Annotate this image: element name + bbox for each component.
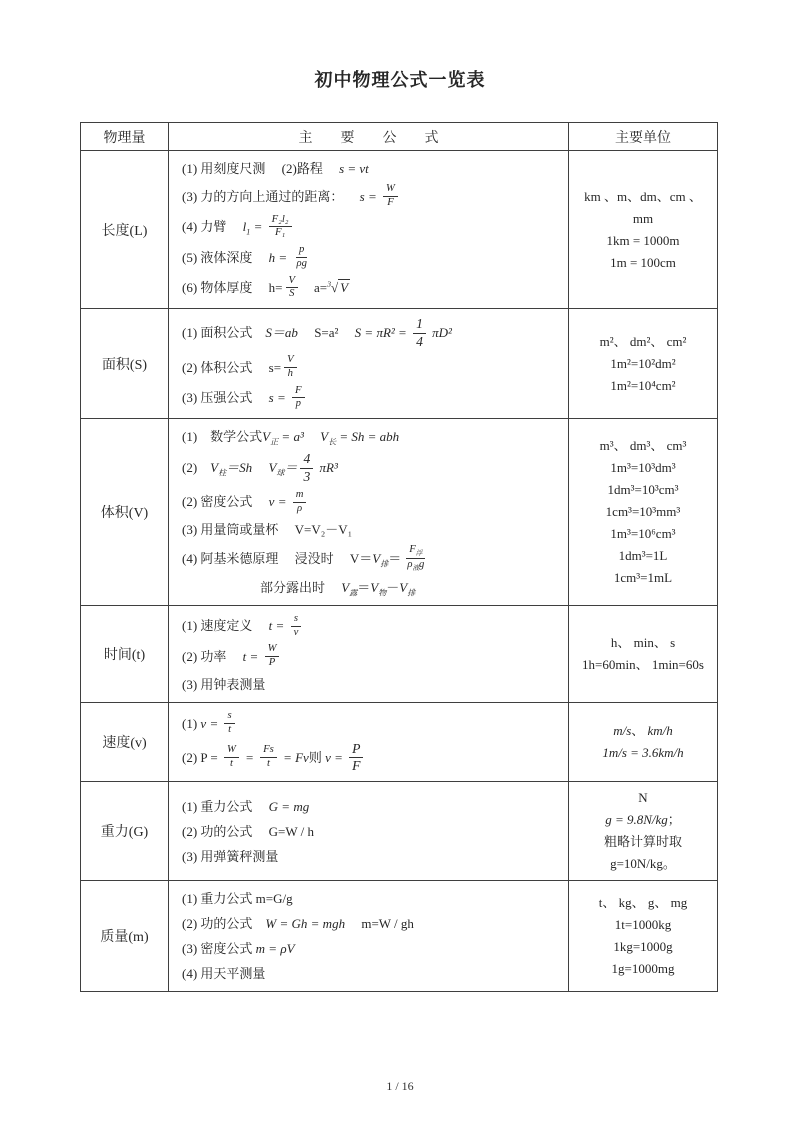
fraction-denominator: S — [286, 288, 297, 301]
text-run: 1g=1000mg — [612, 961, 675, 976]
text-run: F — [387, 197, 394, 208]
text-run: (3) 用量筒或量杯 V=V₂－V₁ — [182, 520, 352, 540]
quantity-cell: 质量(m) — [81, 881, 169, 992]
text-run: p — [296, 398, 301, 409]
math-text: h = — [269, 248, 291, 268]
unit-line: 1dm³=1L — [572, 545, 714, 567]
fraction: mρ — [293, 489, 307, 516]
fraction: Wt — [224, 744, 239, 771]
text-run: 3 — [303, 469, 310, 484]
text-run: 1 — [416, 316, 423, 331]
text-run: 1cm³=1mL — [614, 570, 672, 585]
text-run: S=a² — [298, 323, 355, 343]
text-run: 1m³=10⁶cm³ — [610, 526, 675, 541]
page-number: 1 / 16 — [0, 1079, 800, 1094]
subscripted-symbol: V长 — [320, 427, 336, 447]
formula-line: (3) 用弹簧秤测量 — [182, 844, 562, 869]
fraction-denominator: 3 — [300, 469, 313, 485]
text-run: g=10N/kg。 — [610, 856, 676, 871]
unit-line: 1kg=1000g — [572, 936, 714, 958]
formula-line: (2) 密度公式 v = mρ — [182, 487, 562, 518]
math-text: πD² — [429, 323, 452, 343]
text-run: (3) 用钟表测量 — [182, 675, 265, 695]
unit-line: 1m³=10⁶cm³ — [572, 523, 714, 545]
math-text: πR³ — [316, 458, 338, 478]
unit-line: 1cm³=1mL — [572, 567, 714, 589]
text-run: (1) 用刻度尺测 (2)路程 — [182, 159, 339, 179]
quantity-cell: 长度(L) — [81, 151, 169, 309]
unit-line: g=10N/kg。 — [572, 853, 714, 875]
text-run — [304, 427, 320, 447]
formula-line: (3) 用量筒或量杯 V=V₂－V₁ — [182, 517, 562, 542]
text-run: (4) 阿基米德原理 浸没时 V＝ — [182, 549, 372, 569]
fraction-numerator: F₂l₂ — [269, 214, 292, 228]
text-run: (2) — [182, 458, 210, 478]
text-run: 粗略计算时取 — [604, 834, 682, 849]
page-title: 初中物理公式一览表 — [0, 66, 800, 92]
text-run: 4 — [416, 334, 423, 349]
subscripted-symbol: V球 — [268, 458, 284, 478]
text-run: h、 min、 s — [611, 635, 675, 650]
text-run: t — [228, 724, 231, 735]
formulas-cell: (1) 重力公式 m=G/g(2) 功的公式 W = Gh = mgh m=W … — [169, 881, 569, 992]
fraction: WP — [265, 643, 280, 670]
math-text: = — [242, 748, 257, 768]
unit-line: 1cm³=10³mm³ — [572, 501, 714, 523]
fraction: PF — [349, 741, 363, 775]
formula-line: (1) 重力公式 m=G/g — [182, 886, 562, 911]
text-run: 1cm³=10³mm³ — [606, 504, 681, 519]
text-run: N — [638, 790, 647, 805]
fraction-denominator: t — [227, 758, 236, 771]
text-run: － — [386, 578, 399, 598]
text-run: (2) P = — [182, 748, 221, 768]
unit-line: m³、 dm³、 cm³ — [572, 435, 714, 457]
subscript: 浮 — [416, 551, 423, 558]
text-run: 1km = 1000m — [606, 233, 679, 248]
subscripted-symbol: F浮 — [409, 544, 422, 555]
subscripted-symbol: V露 — [341, 578, 357, 598]
text-run: s — [227, 710, 231, 721]
math-text: s = — [269, 388, 289, 408]
math-text: S = πR² = — [355, 323, 410, 343]
text-run: (6) 物体厚度 h= — [182, 278, 283, 298]
unit-line: 1m/s = 3.6km/h — [572, 742, 714, 764]
table-row: 面积(S)(1) 面积公式 S＝ab S=a² S = πR² = 14 πD²… — [81, 309, 718, 419]
text-run: ρg — [296, 258, 306, 269]
formula-line: (5) 液体深度 h = pρg — [182, 242, 562, 273]
text-run: s — [294, 613, 298, 624]
unit-line: 1m³=10³dm³ — [572, 457, 714, 479]
table-row: 体积(V)(1) 数学公式V正 = a³ V长 = Sh = abh(2) V柱… — [81, 419, 718, 606]
formulas-cell: (1) 用刻度尺测 (2)路程 s = vt(3) 力的方向上通过的距离： s … — [169, 151, 569, 309]
fraction-numerator: Fs — [260, 744, 277, 758]
text-run: a= — [301, 278, 327, 298]
units-cell: m³、 dm³、 cm³1m³=10³dm³1dm³=10³cm³1cm³=10… — [569, 419, 718, 606]
quantity-cell: 时间(t) — [81, 605, 169, 702]
text-run: 1dm³=10³cm³ — [607, 482, 678, 497]
quantity-cell: 面积(S) — [81, 309, 169, 419]
text-run: W — [386, 183, 395, 194]
units-cell: m/s、 km/h1m/s = 3.6km/h — [569, 703, 718, 782]
document-page: 初中物理公式一览表 物理量 主 要 公 式 主要单位 长度(L)(1) 用刻度尺… — [0, 0, 800, 1131]
table-body: 长度(L)(1) 用刻度尺测 (2)路程 s = vt(3) 力的方向上通过的距… — [81, 151, 718, 992]
fraction: Fst — [260, 744, 277, 771]
text-run: m³、 dm³、 cm³ — [600, 438, 687, 453]
subscript: 正 — [270, 437, 278, 446]
formula-line: (4) 阿基米德原理 浸没时 V＝V排＝F浮ρ液g — [182, 542, 562, 574]
text-run: 1kg=1000g — [613, 939, 672, 954]
text-run: F — [295, 385, 302, 396]
text-run: 部分露出时 — [182, 578, 341, 598]
formula-line: (4) 力臂 l1 = F₂l₂F₁ — [182, 212, 562, 243]
text-run: P — [269, 657, 276, 668]
text-run: (2) 功率 — [182, 647, 243, 667]
math-text: s = vt — [339, 159, 369, 179]
text-run: P — [352, 741, 360, 756]
table-row: 质量(m)(1) 重力公式 m=G/g(2) 功的公式 W = Gh = mgh… — [81, 881, 718, 992]
subscript: 排 — [407, 588, 415, 597]
fraction-denominator: t — [225, 724, 234, 737]
unit-line: 1h=60min、 1min=60s — [572, 654, 714, 676]
text-run: (1) 重力公式 — [182, 797, 269, 817]
fraction-denominator: ρ — [294, 503, 305, 516]
fraction: F浮ρ液g — [404, 544, 427, 572]
text-run: m²、 dm²、 cm² — [600, 334, 687, 349]
text-run: (1) 速度定义 — [182, 616, 269, 636]
text-run: (3) 压强公式 — [182, 388, 269, 408]
text-run: g — [419, 559, 424, 570]
unit-line: 粗略计算时取 — [572, 831, 714, 853]
text-run: 、 — [631, 723, 647, 738]
text-run: (1) 面积公式 — [182, 323, 265, 343]
units-cell: h、 min、 s1h=60min、 1min=60s — [569, 605, 718, 702]
text-run: 1dm³=1L — [619, 548, 668, 563]
fraction-denominator: v — [291, 627, 302, 640]
units-cell: t、 kg、 g、 mg1t=1000kg1kg=1000g1g=1000mg — [569, 881, 718, 992]
math-text: km/h — [648, 723, 673, 738]
fraction-numerator: P — [349, 741, 363, 758]
fraction: Vh — [284, 354, 297, 381]
text-run: (2) 密度公式 — [182, 492, 269, 512]
math-text: g = 9.8N/kg — [605, 812, 668, 827]
fraction-numerator: F浮 — [406, 544, 425, 559]
subscripted-symbol: V柱 — [210, 458, 226, 478]
radical: 3√V — [327, 278, 350, 298]
text-run: km 、m、dm、cm 、 — [584, 189, 702, 204]
table-row: 长度(L)(1) 用刻度尺测 (2)路程 s = vt(3) 力的方向上通过的距… — [81, 151, 718, 309]
unit-line: km 、m、dm、cm 、 — [572, 186, 714, 208]
fraction-denominator: P — [266, 657, 279, 670]
math-text: = Sh = abh — [336, 427, 399, 447]
text-run: (1) 数学公式 — [182, 427, 262, 447]
math-text: W = Gh = mgh — [265, 914, 345, 934]
fraction-denominator: t — [264, 758, 273, 771]
text-run: m=W / gh — [345, 914, 414, 934]
fraction: VS — [286, 275, 299, 302]
fraction-numerator: W — [383, 183, 398, 197]
formula-line: (1) 重力公式 G = mg — [182, 794, 562, 819]
text-run: W — [268, 643, 277, 654]
radicand: V — [338, 279, 350, 295]
subscript: 排 — [380, 559, 388, 568]
unit-line: 1g=1000mg — [572, 958, 714, 980]
unit-line: mm — [572, 208, 714, 230]
formulas-cell: (1) 速度定义 t = sv(2) 功率 t = WP(3) 用钟表测量 — [169, 605, 569, 702]
subscript: 物 — [378, 588, 386, 597]
formula-line: 部分露出时 V露＝V物－V排 — [182, 575, 562, 600]
fraction-denominator: F₁ — [272, 227, 288, 240]
fraction-numerator: W — [265, 643, 280, 657]
text-run: S — [289, 288, 294, 299]
text-run: (3) 密度公式 — [182, 939, 256, 959]
subscripted-symbol: ρ液 — [407, 559, 419, 570]
math-text: S＝ab — [265, 323, 298, 343]
text-run: W — [227, 744, 236, 755]
fraction: st — [224, 710, 234, 737]
math-text: m = ρV — [256, 939, 295, 959]
unit-line: 1dm³=10³cm³ — [572, 479, 714, 501]
unit-line: 1km = 1000m — [572, 230, 714, 252]
text-run: ； — [668, 812, 681, 827]
text-run: ＝ — [357, 578, 370, 598]
text-run: ＝ — [388, 549, 401, 569]
math-text: 1m/s = 3.6km/h — [602, 745, 683, 760]
table-row: 重力(G)(1) 重力公式 G = mg(2) 功的公式 G=W / h(3) … — [81, 782, 718, 881]
formula-line: (2) 功的公式 G=W / h — [182, 819, 562, 844]
fraction-denominator: 4 — [413, 334, 426, 350]
formula-line: (2) P = Wt = Fst = Fv则 v = PF — [182, 739, 562, 777]
fraction: WF — [383, 183, 398, 210]
unit-line: t、 kg、 g、 mg — [572, 892, 714, 914]
formula-line: (3) 密度公式 m = ρV — [182, 936, 562, 961]
text-run: 1m³=10³dm³ — [610, 460, 675, 475]
fraction: Fp — [292, 385, 305, 412]
text-run — [252, 458, 268, 478]
subscript: 球 — [276, 469, 284, 478]
math-text: m/s — [613, 723, 631, 738]
unit-line: m/s、 km/h — [572, 720, 714, 742]
math-text: s = — [360, 187, 380, 207]
fraction-denominator: h — [285, 368, 296, 381]
units-cell: m²、 dm²、 cm²1m²=10²dm²1m²=10⁴cm² — [569, 309, 718, 419]
table-header-row: 物理量 主 要 公 式 主要单位 — [81, 123, 718, 151]
fraction: 14 — [413, 316, 426, 350]
text-run: (3) 用弹簧秤测量 — [182, 847, 278, 867]
formula-line: (2) V柱＝Sh V球＝43 πR³ — [182, 449, 562, 487]
text-run: (2) 功的公式 — [182, 914, 265, 934]
header-quantity: 物理量 — [81, 123, 169, 151]
unit-line: h、 min、 s — [572, 632, 714, 654]
text-run: F₂l₂ — [272, 214, 289, 225]
subscript: 长 — [328, 437, 336, 446]
fraction: 43 — [300, 451, 313, 485]
quantity-cell: 速度(v) — [81, 703, 169, 782]
fraction: sv — [291, 613, 302, 640]
text-run: (4) 力臂 — [182, 217, 243, 237]
subscripted-symbol: V正 — [262, 427, 278, 447]
fraction-numerator: 1 — [413, 316, 426, 333]
table-row: 速度(v)(1) v = st(2) P = Wt = Fst = Fv则 v … — [81, 703, 718, 782]
fraction: F₂l₂F₁ — [269, 214, 292, 241]
subscripted-symbol: V物 — [370, 578, 386, 598]
formula-line: (2) 功率 t = WP — [182, 641, 562, 672]
math-text: ＝ — [284, 458, 297, 478]
units-cell: Ng = 9.8N/kg；粗略计算时取g=10N/kg。 — [569, 782, 718, 881]
fraction-numerator: p — [296, 244, 307, 258]
text-run: V — [289, 275, 296, 286]
text-run: ρ — [297, 503, 302, 514]
fraction-denominator: ρ液g — [404, 559, 427, 573]
math-text: = — [250, 217, 265, 237]
header-formulas: 主 要 公 式 — [169, 123, 569, 151]
subscript: 露 — [349, 588, 357, 597]
text-run: (1) 重力公式 m=G/g — [182, 889, 293, 909]
subscripted-symbol: V排 — [372, 549, 388, 569]
text-run: 1m²=10⁴cm² — [610, 378, 675, 393]
table-row: 时间(t)(1) 速度定义 t = sv(2) 功率 t = WP(3) 用钟表… — [81, 605, 718, 702]
fraction-numerator: V — [284, 354, 297, 368]
physics-formula-table: 物理量 主 要 公 式 主要单位 长度(L)(1) 用刻度尺测 (2)路程 s … — [80, 122, 718, 992]
text-run: 1h=60min、 1min=60s — [582, 657, 704, 672]
formulas-cell: (1) 数学公式V正 = a³ V长 = Sh = abh(2) V柱＝Sh V… — [169, 419, 569, 606]
text-run: (2) 体积公式 s= — [182, 358, 281, 378]
fraction-numerator: 4 — [300, 451, 313, 468]
formula-line: (3) 用钟表测量 — [182, 672, 562, 697]
text-run: 1m²=10²dm² — [610, 356, 675, 371]
text-run: t — [267, 758, 270, 769]
unit-line: m²、 dm²、 cm² — [572, 331, 714, 353]
text-run: mm — [633, 211, 653, 226]
text-run: F — [352, 758, 360, 773]
formula-line: (1) 数学公式V正 = a³ V长 = Sh = abh — [182, 424, 562, 449]
fraction-numerator: s — [224, 710, 234, 724]
text-run: v — [294, 627, 299, 638]
text-run: t、 kg、 g、 mg — [599, 895, 687, 910]
unit-line: 1m²=10⁴cm² — [572, 375, 714, 397]
text-run: 则 — [309, 748, 322, 768]
formula-line: (2) 功的公式 W = Gh = mgh m=W / gh — [182, 911, 562, 936]
formulas-cell: (1) v = st(2) P = Wt = Fst = Fv则 v = PF — [169, 703, 569, 782]
text-run: (4) 用天平测量 — [182, 964, 265, 984]
unit-line: g = 9.8N/kg； — [572, 809, 714, 831]
formula-line: (3) 力的方向上通过的距离： s = WF — [182, 181, 562, 212]
unit-line: 1m²=10²dm² — [572, 353, 714, 375]
math-text: = Fv — [280, 748, 309, 768]
fraction: pρg — [293, 244, 309, 271]
unit-line: 1t=1000kg — [572, 914, 714, 936]
text-run: (1) — [182, 714, 200, 734]
formula-line: (1) 面积公式 S＝ab S=a² S = πR² = 14 πD² — [182, 314, 562, 352]
formula-line: (2) 体积公式 s=Vh — [182, 352, 562, 383]
header-units: 主要单位 — [569, 123, 718, 151]
formula-line: (1) 用刻度尺测 (2)路程 s = vt — [182, 156, 562, 181]
formula-line: (6) 物体厚度 h=VS a=3√V — [182, 273, 562, 304]
text-run: Fs — [263, 744, 274, 755]
fraction-numerator: V — [286, 275, 299, 289]
formulas-cell: (1) 面积公式 S＝ab S=a² S = πR² = 14 πD²(2) 体… — [169, 309, 569, 419]
text-run: (3) 力的方向上通过的距离： — [182, 187, 360, 207]
math-text: v = — [322, 748, 346, 768]
math-text: t = — [243, 647, 262, 667]
fraction-denominator: F — [384, 197, 397, 210]
formula-line: (1) 速度定义 t = sv — [182, 611, 562, 642]
fraction-numerator: W — [224, 744, 239, 758]
fraction-denominator: F — [349, 758, 363, 774]
math-text: v = — [269, 492, 290, 512]
quantity-cell: 重力(G) — [81, 782, 169, 881]
fraction-numerator: m — [293, 489, 307, 503]
formula-line: (1) v = st — [182, 708, 562, 739]
unit-line: 1m = 100cm — [572, 252, 714, 274]
math-text: v = — [200, 714, 221, 734]
unit-line: N — [572, 787, 714, 809]
text-run: p — [299, 244, 304, 255]
text-run: F₁ — [275, 227, 285, 238]
fraction-numerator: F — [292, 385, 305, 399]
math-text: = a³ — [278, 427, 304, 447]
subscript: 柱 — [218, 469, 226, 478]
fraction-numerator: s — [291, 613, 301, 627]
text-run: t — [230, 758, 233, 769]
text-run: 1m = 100cm — [610, 255, 676, 270]
text-run: (5) 液体深度 — [182, 248, 269, 268]
formulas-cell: (1) 重力公式 G = mg(2) 功的公式 G=W / h(3) 用弹簧秤测… — [169, 782, 569, 881]
table-header: 物理量 主 要 公 式 主要单位 — [81, 123, 718, 151]
text-run: h — [288, 368, 293, 379]
text-run: 4 — [303, 451, 310, 466]
math-text: ＝Sh — [226, 458, 252, 478]
text-run: V — [287, 354, 294, 365]
formula-line: (3) 压强公式 s = Fp — [182, 383, 562, 414]
math-text: G = mg — [269, 797, 310, 817]
text-run: 1t=1000kg — [615, 917, 671, 932]
math-text: t = — [269, 616, 288, 636]
quantity-cell: 体积(V) — [81, 419, 169, 606]
text-run: (2) 功的公式 G=W / h — [182, 822, 314, 842]
text-run: m — [296, 489, 304, 500]
fraction-denominator: p — [293, 398, 304, 411]
formula-line: (4) 用天平测量 — [182, 961, 562, 986]
fraction-denominator: ρg — [293, 258, 309, 271]
subscripted-symbol: V排 — [399, 578, 415, 598]
units-cell: km 、m、dm、cm 、mm1km = 1000m1m = 100cm — [569, 151, 718, 309]
subscripted-symbol: l1 — [243, 217, 251, 237]
